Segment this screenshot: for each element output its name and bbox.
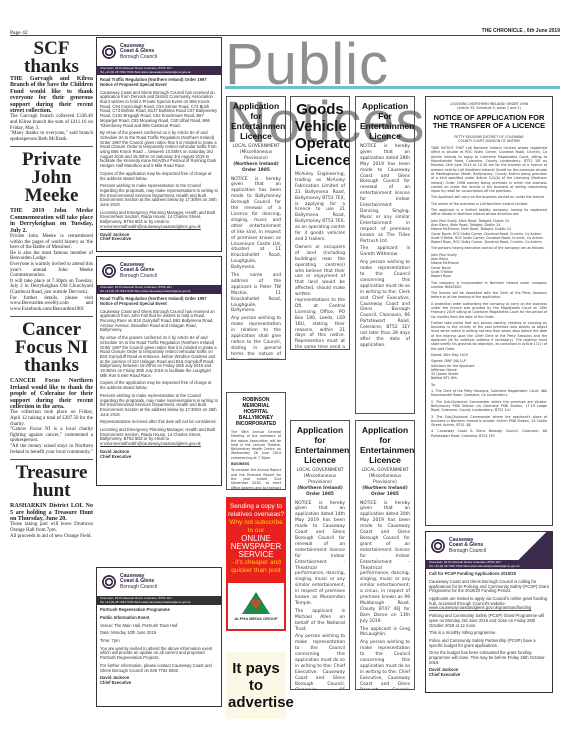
council-logo-icon xyxy=(101,574,117,590)
it-pays-to-advertise: It pays to advertise xyxy=(226,652,286,719)
scf-body: "Many thanks to everyone," said branch s… xyxy=(10,131,93,142)
email-link[interactable]: environmentalhealth@causewaycoastandglen… xyxy=(100,441,201,446)
alpha-logo-icon xyxy=(242,592,270,614)
notice-entertainments-licence-mussenden: Application for Entertainments Licence L… xyxy=(290,420,350,690)
cancer-headline: Cancer Focus NI thanks xyxy=(10,321,93,375)
scf-lead: THE Garvagh and Kilrea Branch of the Sav… xyxy=(10,76,93,114)
council-logo-icon xyxy=(101,263,117,279)
divider xyxy=(10,459,93,460)
council-notice-portrush: CausewayCoast & GlensBorough Council Clo… xyxy=(96,567,222,707)
meeke-body: Private John Meeke is remembered within … xyxy=(10,234,93,251)
council-name: CausewayCoast & GlensBorough Council xyxy=(449,538,486,554)
cancer-body: "Cancer Focus NI is a local charity figh… xyxy=(10,427,93,444)
meeke-body: It will take place at 7.30pm on Tuesday,… xyxy=(10,279,93,296)
council-name: CausewayCoast & GlensBorough Council xyxy=(120,263,157,279)
treasure-lead: RASHARKIN District LOL No 5 are holding … xyxy=(10,503,93,522)
notice-entertainments-licence-lissanoure: Application for Entertainments Licence L… xyxy=(226,96,286,360)
cancer-body: The collection took place on Friday, Apr… xyxy=(10,410,93,427)
treasure-headline: Treasure hunt xyxy=(10,464,93,500)
cancer-body: "All the money raised stays in Northern … xyxy=(10,444,93,455)
notice-goods-vehicle-licence: Goods Vehicle Operator's Licence McAuley… xyxy=(290,96,350,350)
scf-headline: SCF thanks xyxy=(10,40,93,76)
council-address: Cloonavin, 66 Portstewart Road, Colerain… xyxy=(97,596,221,605)
divider xyxy=(10,316,93,317)
council-notice-pcsp-funding: CausewayCoast & GlensBorough Council Clo… xyxy=(425,531,553,693)
council-logo-icon xyxy=(101,44,117,60)
scf-body: The Garvagh branch collected £338.40 and… xyxy=(10,114,93,131)
meeke-body: For further details, please visit www.Be… xyxy=(10,296,93,313)
masthead: THE CHRONICLE , 6th June 2019 xyxy=(482,28,560,34)
notice-entertainments-licence-claudy: Application for Entertainments Licence L… xyxy=(355,420,415,690)
divider xyxy=(10,146,93,147)
council-address: Cloonavin, 66 Portstewart Road, Colerain… xyxy=(97,66,221,75)
treasure-body: Those taking part will leave Drumcon Ora… xyxy=(10,522,93,533)
council-logo-icon xyxy=(430,538,446,554)
treasure-body: All proceeds in aid of new Orange Field. xyxy=(10,534,93,540)
grants-link[interactable]: www.causewaycoastandglens.gov.uk/grantsa… xyxy=(429,605,531,610)
council-name: CausewayCoast & GlensBorough Council xyxy=(120,574,157,590)
council-address: Cloonavin, 66 Portstewart Road, Colerain… xyxy=(97,285,221,294)
notice-robinson-hospital-agm: ROBINSON MEMORIAL HOSPITAL BALLYMONEY IN… xyxy=(226,392,286,490)
online-newspaper-ad[interactable]: Sending a copy to relatives overseas? Wh… xyxy=(226,497,286,631)
meeke-lead: THE 2019 John Meeke Commemoration will t… xyxy=(10,208,93,234)
news-column: SCF thanks THE Garvagh and Kilrea Branch… xyxy=(10,37,93,539)
notice-transfer-of-licence: LICENSING (NORTHERN IRELAND) ORDER 1996 … xyxy=(425,96,553,526)
title-underline xyxy=(225,86,560,89)
council-notice-road-traffic-2: CausewayCoast & GlensBorough Council Clo… xyxy=(96,256,222,486)
cancer-lead: CANCER Focus Northern Ireland would like… xyxy=(10,378,93,410)
meeke-body: Everyone is warmly invited to attend thi… xyxy=(10,262,93,279)
council-name: CausewayCoast & GlensBorough Council xyxy=(120,44,157,60)
meeke-body: He is also the most famous member of Ben… xyxy=(10,251,93,262)
notice-entertainments-licence-tides: Application For Entertainments Licence N… xyxy=(355,96,415,414)
council-address: Cloonavin, 66 Portstewart Road, Colerain… xyxy=(426,560,552,569)
council-notice-road-traffic-1: CausewayCoast & GlensBorough Council Clo… xyxy=(96,37,222,252)
email-link[interactable]: environmentalhealth@causewaycoastandglen… xyxy=(100,224,201,229)
meeke-headline: Private John Meeke xyxy=(10,151,93,205)
